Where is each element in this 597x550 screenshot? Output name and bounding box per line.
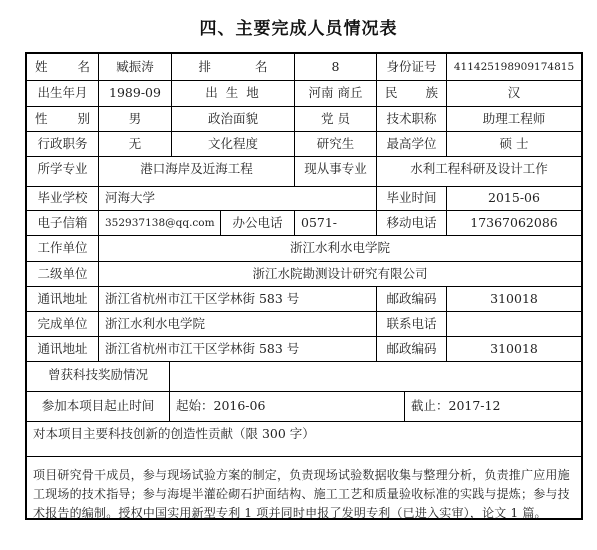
value-email: 352937138@qq.com <box>99 211 221 236</box>
value-mobile: 17367062086 <box>447 211 581 236</box>
value-name: 臧振涛 <box>99 54 172 81</box>
value-gender: 男 <box>99 107 172 132</box>
label-period: 参加本项目起止时间 <box>27 392 170 422</box>
value-awards <box>170 362 581 392</box>
value-grad-time: 2015-06 <box>447 187 581 211</box>
label-mobile: 移动电话 <box>377 211 447 236</box>
value-politics: 党 员 <box>295 107 377 132</box>
value-position: 无 <box>99 132 172 157</box>
value-address: 浙江省杭州市江干区学林街 583 号 <box>99 287 377 312</box>
label-birthplace: 出 生 地 <box>172 81 295 107</box>
label-work-unit: 工作单位 <box>27 236 99 262</box>
value-address-2: 浙江省杭州市江干区学林街 583 号 <box>99 337 377 362</box>
label-email: 电子信箱 <box>27 211 99 236</box>
value-contact-phone <box>447 312 581 337</box>
value-birth: 1989-09 <box>99 81 172 107</box>
value-zip-2: 310018 <box>447 337 581 362</box>
label-title: 技术职称 <box>377 107 447 132</box>
value-birthplace: 河南 商丘 <box>295 81 377 107</box>
value-current-major: 水利工程科研及设计工作 <box>377 157 581 187</box>
value-degree: 硕 士 <box>447 132 581 157</box>
personnel-table: 姓名 臧振涛 排名 8 身份证号 411425198909174815 出生年月… <box>25 52 583 520</box>
value-id: 411425198909174815 <box>447 54 581 81</box>
label-current-major: 现从事专业 <box>295 157 377 187</box>
label-position: 行政职务 <box>27 132 99 157</box>
label-zip-2: 邮政编码 <box>377 337 447 362</box>
value-completion-unit: 浙江水利水电学院 <box>99 312 377 337</box>
label-degree: 最高学位 <box>377 132 447 157</box>
label-name-b: 名 <box>77 61 90 74</box>
label-gender-a: 性 <box>35 113 48 126</box>
value-ethnic: 汉 <box>447 81 581 107</box>
value-title: 助理工程师 <box>447 107 581 132</box>
value-education: 研究生 <box>295 132 377 157</box>
value-rank: 8 <box>295 54 377 81</box>
label-birth: 出生年月 <box>27 81 99 107</box>
label-contribution: 对本项目主要科技创新的创造性贡献（限 300 字） <box>27 422 581 457</box>
label-major: 所学专业 <box>27 157 99 187</box>
value-zip: 310018 <box>447 287 581 312</box>
label-education: 文化程度 <box>172 132 295 157</box>
label-ethnic: 民族 <box>377 81 447 107</box>
value-major: 港口海岸及近海工程 <box>99 157 295 187</box>
label-address: 通讯地址 <box>27 287 99 312</box>
label-name-a: 姓 <box>35 61 48 74</box>
label-contact-phone: 联系电话 <box>377 312 447 337</box>
label-grad-time: 毕业时间 <box>377 187 447 211</box>
value-work-unit: 浙江水利水电学院 <box>99 236 581 262</box>
label-politics: 政治面貌 <box>172 107 295 132</box>
label-rank: 排名 <box>172 54 295 81</box>
label-address-2: 通讯地址 <box>27 337 99 362</box>
value-end: 截止：2017-12 <box>405 392 581 422</box>
label-sub-unit: 二级单位 <box>27 262 99 287</box>
label-school: 毕业学校 <box>27 187 99 211</box>
label-awards: 曾获科技奖励情况 <box>27 362 170 392</box>
value-sub-unit: 浙江水院勘测设计研究有限公司 <box>99 262 581 287</box>
value-office-phone: 0571- <box>295 211 377 236</box>
page-title: 四、主要完成人员情况表 <box>0 14 597 39</box>
label-id: 身份证号 <box>377 54 447 81</box>
label-zip: 邮政编码 <box>377 287 447 312</box>
label-ethnic-a: 民 <box>385 87 398 100</box>
label-office-phone: 办公电话 <box>221 211 295 236</box>
label-ethnic-b: 族 <box>425 87 438 100</box>
label-gender: 性别 <box>27 107 99 132</box>
value-start: 起始：2016-06 <box>170 392 405 422</box>
label-gender-b: 别 <box>77 113 90 126</box>
value-school: 河海大学 <box>99 187 377 211</box>
contribution-text: 项目研究骨干成员，参与现场试验方案的制定，负责现场试验数据收集与整理分析，负责推… <box>33 466 573 523</box>
label-completion-unit: 完成单位 <box>27 312 99 337</box>
label-name: 姓名 <box>27 54 99 81</box>
label-rank-b: 名 <box>255 61 268 74</box>
label-rank-a: 排 <box>198 61 211 74</box>
